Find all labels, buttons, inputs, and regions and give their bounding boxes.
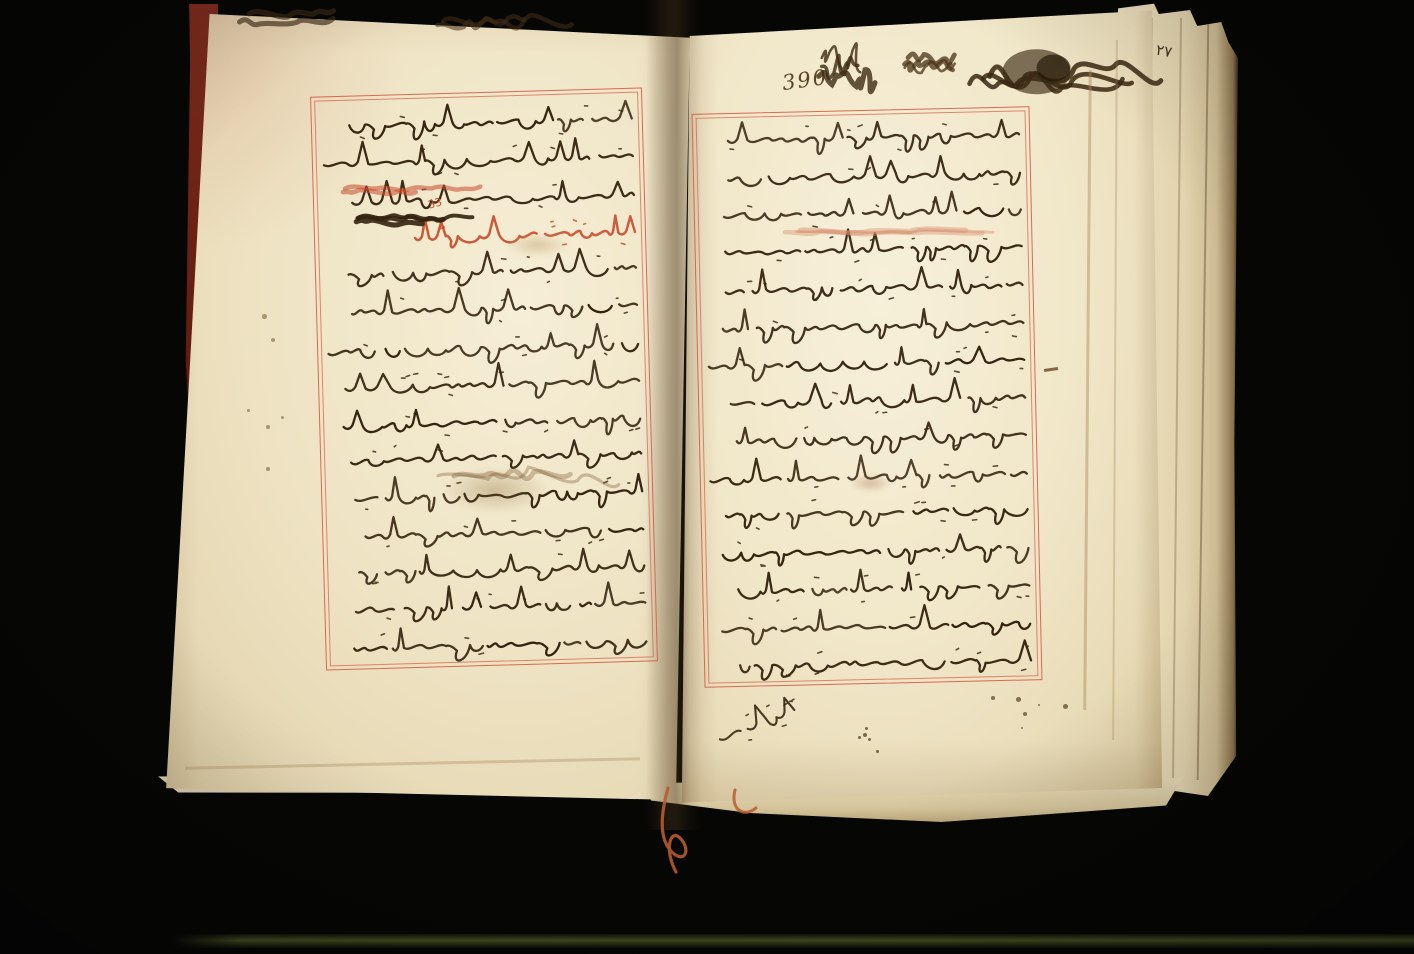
ink-stroke <box>609 528 643 532</box>
ink-stroke <box>365 513 541 548</box>
ink-stroke <box>580 603 591 607</box>
thread-strand <box>734 790 756 812</box>
ink-stroke <box>851 569 892 592</box>
right-text-frame-inner <box>696 110 1039 683</box>
ink-stroke <box>722 309 748 331</box>
ink-stroke <box>599 154 633 157</box>
ink-stroke <box>419 547 644 583</box>
ink-stroke <box>726 290 744 294</box>
ink-stroke <box>912 244 1022 264</box>
ink-stroke <box>404 586 452 621</box>
ink-stroke <box>385 476 435 512</box>
binding-thread <box>640 780 800 895</box>
ink-stroke <box>804 420 1026 454</box>
ink-stroke <box>462 592 481 609</box>
ink-stroke <box>710 458 781 485</box>
ink-stroke <box>545 215 635 239</box>
ink-stroke <box>849 165 998 188</box>
ink-stroke <box>951 640 1031 672</box>
ink-stroke <box>805 228 903 253</box>
ink-stroke <box>889 605 948 630</box>
ink-stroke <box>531 304 583 318</box>
ink-stroke <box>323 136 589 178</box>
ink-stroke <box>736 427 796 449</box>
ink-stroke <box>249 11 333 17</box>
ink-stroke <box>787 360 887 372</box>
ink-stroke <box>497 107 554 129</box>
ink-stroke <box>895 346 939 375</box>
ink-stroke <box>564 642 580 645</box>
ink-stroke <box>738 572 804 599</box>
ink-stroke <box>490 586 540 609</box>
ink-stroke <box>351 443 496 467</box>
ink-stroke <box>343 407 496 433</box>
ink-stroke <box>487 642 560 658</box>
ink-stroke <box>615 266 636 269</box>
ink-stroke <box>920 585 979 600</box>
left-text-frame <box>310 87 658 670</box>
ink-stroke <box>723 549 881 567</box>
ink-stroke <box>787 510 903 528</box>
left-text-frame-inner <box>314 92 654 667</box>
ink-stroke <box>940 471 1005 482</box>
ink-stroke <box>740 696 802 741</box>
ink-stroke <box>592 101 632 122</box>
ink-stroke <box>945 346 1024 364</box>
ink-stroke <box>589 304 612 312</box>
ink-stroke <box>415 215 537 248</box>
edge-page-numeral: ٢٧ <box>1155 41 1174 62</box>
ink-stroke <box>968 395 1025 412</box>
ink-stroke <box>373 444 442 453</box>
ink-stroke <box>725 250 800 256</box>
right-page-handwriting <box>698 112 1041 683</box>
ink-stroke <box>756 307 1023 344</box>
ink-stroke <box>392 251 503 287</box>
ink-stroke <box>728 177 761 186</box>
ink-stroke <box>731 402 754 405</box>
ink-stroke <box>726 513 779 529</box>
photo-stage: 390 33 ٢٧ <box>0 0 1414 954</box>
ink-stroke <box>788 460 839 481</box>
ink-stroke <box>455 255 600 285</box>
thread-strand <box>662 788 686 872</box>
ink-stroke <box>708 347 782 382</box>
ink-stroke <box>546 603 570 610</box>
ink-stroke <box>946 534 1001 563</box>
ink-stroke <box>840 267 942 295</box>
ink-stroke <box>1007 547 1028 563</box>
ink-stroke <box>964 207 1003 216</box>
page-edge-line <box>1197 18 1209 780</box>
ink-stroke <box>1009 209 1021 215</box>
ink-stroke <box>586 639 646 654</box>
ink-stroke <box>443 15 572 26</box>
ink-stroke <box>386 570 416 583</box>
ink-stroke <box>619 304 637 307</box>
ink-stroke <box>595 581 646 606</box>
ink-stroke <box>848 454 930 489</box>
ink-stroke <box>752 268 832 301</box>
ink-stroke <box>847 119 1019 153</box>
ink-stroke <box>727 120 843 156</box>
ink-stroke <box>352 174 634 210</box>
ink-stroke <box>755 660 945 680</box>
ink-stroke <box>812 588 846 595</box>
ink-stroke <box>401 371 504 397</box>
ink-stroke <box>349 103 493 141</box>
ink-stroke <box>768 153 1020 190</box>
ink-stroke <box>950 269 1002 293</box>
ink-stroke <box>557 415 640 436</box>
ink-stroke <box>558 118 583 131</box>
ink-stroke <box>740 665 750 672</box>
ink-stroke <box>386 348 400 357</box>
ink-stroke <box>1007 283 1023 286</box>
ink-stroke <box>724 212 801 222</box>
page-edge-line <box>1172 18 1181 780</box>
ink-stroke <box>913 509 948 514</box>
ink-stroke <box>444 494 460 503</box>
ink-stroke <box>546 527 601 538</box>
right-text-frame <box>692 106 1043 688</box>
ink-stroke <box>355 497 377 501</box>
ink-stroke <box>365 477 630 509</box>
ink-stroke <box>781 608 885 631</box>
ink-stroke <box>510 248 608 278</box>
table-edge-strip <box>170 934 1414 948</box>
ink-stroke <box>354 647 387 651</box>
ink-stroke <box>989 584 1030 599</box>
ink-stroke <box>762 383 831 409</box>
ink-stroke <box>505 419 547 428</box>
ink-stroke <box>749 614 915 621</box>
ink-stroke <box>722 627 776 645</box>
ink-stroke <box>509 360 640 399</box>
ink-stroke <box>954 507 1028 525</box>
ink-stroke <box>1011 472 1027 476</box>
ink-stroke <box>349 273 384 286</box>
ink-stroke <box>356 607 394 613</box>
ink-stroke <box>345 363 504 394</box>
ink-stroke <box>952 622 1030 636</box>
left-page-handwriting <box>316 94 656 667</box>
ink-stroke <box>328 349 375 359</box>
ink-stroke <box>902 573 912 591</box>
ink-stroke <box>464 474 643 511</box>
ink-stroke <box>808 199 854 216</box>
ink-stroke <box>359 572 377 584</box>
ink-stroke <box>392 626 483 662</box>
ink-stroke <box>841 378 961 408</box>
ink-stroke <box>404 324 613 365</box>
ink-stroke <box>502 439 641 470</box>
ink-stroke <box>622 343 638 352</box>
ink-stroke <box>888 548 939 564</box>
